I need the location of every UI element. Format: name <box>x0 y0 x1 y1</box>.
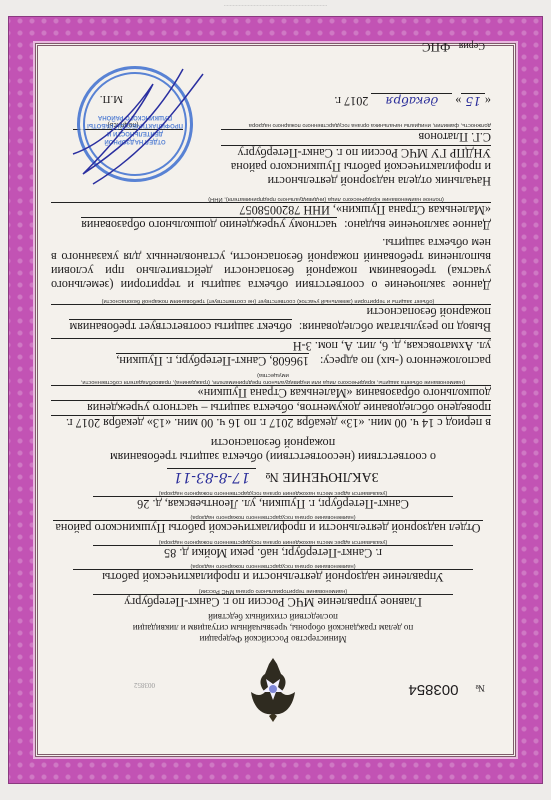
issued-value: частному учреждению дошкольного образова… <box>81 217 337 232</box>
title-text: ЗАКЛЮЧЕНИЕ № <box>265 469 378 484</box>
address-value: 196608, Санкт-Петербург, г. Пушкин, <box>116 353 309 368</box>
document-sheet: ········································… <box>0 0 551 800</box>
result-label: Вывод по результатам обследования: <box>299 320 491 334</box>
result-row: Вывод по результатам обследования: объек… <box>51 320 491 334</box>
date-month: декабря <box>371 93 452 108</box>
series-value: ФПС <box>422 40 450 55</box>
caption: (наименование территориального органа МЧ… <box>93 587 453 594</box>
series-row: Серия ФПС <box>422 38 485 54</box>
signer-position-3: УНДПР ГУ МЧС России по г. Санкт-Петербур… <box>221 145 491 160</box>
address-label: расположенного (-ых) по адресу: <box>320 354 491 368</box>
print-info: ········································… <box>60 3 491 8</box>
caption: (наименование объекта защиты, юридическо… <box>73 371 473 385</box>
document-number: 003854 <box>408 681 458 698</box>
object-name: дошкольного образования «Маленькая Стран… <box>51 385 491 400</box>
caption: (наименование органа государственного по… <box>93 513 453 520</box>
supervision-address: г. Санкт-Петербург, наб. реки Мойки д. 8… <box>93 545 453 560</box>
issued-value-line-2: «Маленькая Страна Пушкин», ИНН 782005805… <box>51 202 491 217</box>
conclusion-number: 17-8-83-11 <box>167 468 256 485</box>
caption: должность, фамилия, инициалы начальника … <box>221 121 491 128</box>
subtitle-line-2: пожарной безопасности <box>73 436 473 450</box>
signer-name: С.Г. Платонов <box>221 129 491 144</box>
inspection-period: в период с 14 ч. 00 мин. «13» декабря 20… <box>51 415 491 430</box>
signature-scribble-icon <box>63 64 213 194</box>
ministry-line-1: Министерство Российской Федерации <box>93 633 453 644</box>
document-body: № 003854 003852 Министерство Российской … <box>35 43 516 757</box>
object-address-row: расположенного (-ых) по адресу: 196608, … <box>51 354 491 368</box>
date-day: 15 <box>461 93 485 108</box>
caption: (указывается адрес места нахождения орга… <box>93 489 453 496</box>
caption: (наименование органа государственного по… <box>93 562 453 569</box>
issued-label: Данное заключение выдано: <box>344 218 491 232</box>
territorial-body: Главное управление МЧС России по г. Санк… <box>93 594 453 609</box>
ministry-header: Министерство Российской Федерации по дел… <box>93 611 453 644</box>
series-label: Серия <box>459 40 485 51</box>
caption: (объект защиты и территория (земельный у… <box>53 297 483 304</box>
result-value: объект защиты соответствует требованиям <box>69 319 291 334</box>
signer-position-2: и профилактической работы Пушкинского ра… <box>231 160 491 174</box>
number-label: № <box>475 682 485 693</box>
signer-position-1: Начальник отдела надзорной деятельности <box>268 174 491 188</box>
issued-row: Данное заключение выдано: частному учреж… <box>51 218 491 232</box>
statement: Данное заключение о соответствии объекта… <box>51 236 491 292</box>
ministry-line-3: последствий стихийных бедствий <box>93 611 453 622</box>
ministry-line-2: по делам гражданской обороны, чрезвычайн… <box>93 622 453 633</box>
conclusion-title: ЗАКЛЮЧЕНИЕ № 17-8-83-11 <box>73 469 473 484</box>
signature-date: «15» декабря 2017 г. <box>334 94 491 108</box>
object-address-line-2: ул. Ахматовская, д. 6, лит. А, пом. 3-Н <box>51 338 491 353</box>
inspection-text: проведено обследование документов, объек… <box>51 400 491 415</box>
faded-stamp: 003852 <box>134 678 155 692</box>
caption: (указывается адрес места нахождения орга… <box>93 538 453 545</box>
subtitle-line-1: о соответствии (несоответствии) объекта … <box>73 450 473 464</box>
result-line-2: пожарной безопасности <box>51 304 491 319</box>
caption: (полное наименование юридического лица (… <box>161 195 491 202</box>
date-year: 2017 г. <box>334 94 368 108</box>
department: Отдел надзорной деятельности и профилакт… <box>53 520 483 535</box>
department-address: Санкт-Петербург, г. Пушкин, ул. Леонтьев… <box>93 496 453 511</box>
document-number-row: № 003854 <box>408 680 485 696</box>
coat-of-arms-icon <box>247 656 299 726</box>
supervision-body: Управление надзорной деятельности и проф… <box>73 569 473 584</box>
decorative-border: № 003854 003852 Министерство Российской … <box>8 16 543 784</box>
